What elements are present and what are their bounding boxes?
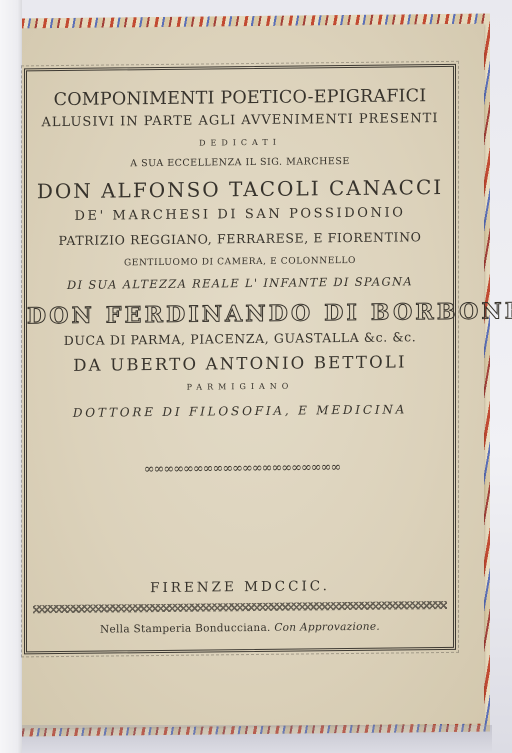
book-title: COMPONIMENTI POETICO-EPIGRAFICI — [27, 86, 453, 110]
dedicatee-line-3: GENTILUOMO DI CAMERA, E COLONNELLO — [27, 255, 453, 269]
author-name: DA UBERTO ANTONIO BETTOLI — [27, 352, 453, 375]
imprint-line: Nella Stamperia Bonducciana. Con Approva… — [27, 620, 453, 636]
author-title: DOTTORE DI FILOSOFIA, E MEDICINA — [27, 402, 453, 420]
dedication-label: DEDICATI — [27, 136, 453, 149]
imprint-printer: Nella Stamperia Bonducciana. — [100, 622, 271, 636]
ornament-divider: ∞∞∞∞∞∞∞∞∞∞∞∞∞∞∞∞∞∞∞∞ — [123, 460, 361, 476]
prince-title: DUCA DI PARMA, PIACENZA, GUASTALLA &c. &… — [27, 329, 453, 348]
dedicatee-line-1: DE' MARCHESI DI SAN POSSIDONIO — [27, 205, 453, 224]
book: COMPONIMENTI POETICO-EPIGRAFICI ALLUSIVI… — [22, 16, 490, 738]
braided-rule — [33, 601, 447, 613]
author-origin: PARMIGIANO — [27, 380, 453, 393]
dedication-to: A SUA ECCELLENZA IL SIG. MARCHESE — [27, 155, 453, 170]
dedicatee-name: DON ALFONSO TACOLI CANACCI — [27, 175, 453, 203]
imprint-place-date: FIRENZE MDCCIC. — [27, 577, 453, 597]
title-page: COMPONIMENTI POETICO-EPIGRAFICI ALLUSIVI… — [22, 24, 484, 729]
left-endpaper — [0, 0, 22, 753]
book-shadow — [22, 725, 492, 753]
dedicatee-line-2: PATRIZIO REGGIANO, FERRARESE, E FIORENTI… — [27, 229, 453, 248]
book-subtitle: ALLUSIVI IN PARTE AGLI AVVENIMENTI PRESE… — [27, 111, 453, 130]
dedicatee-line-4: DI SUA ALTEZZA REALE L' INFANTE DI SPAGN… — [27, 274, 453, 292]
printed-border: COMPONIMENTI POETICO-EPIGRAFICI ALLUSIVI… — [24, 64, 456, 655]
imprint-approval: Con Approvazione. — [274, 621, 380, 634]
prince-name: DON FERDINANDO DI BORBONE — [27, 299, 453, 329]
